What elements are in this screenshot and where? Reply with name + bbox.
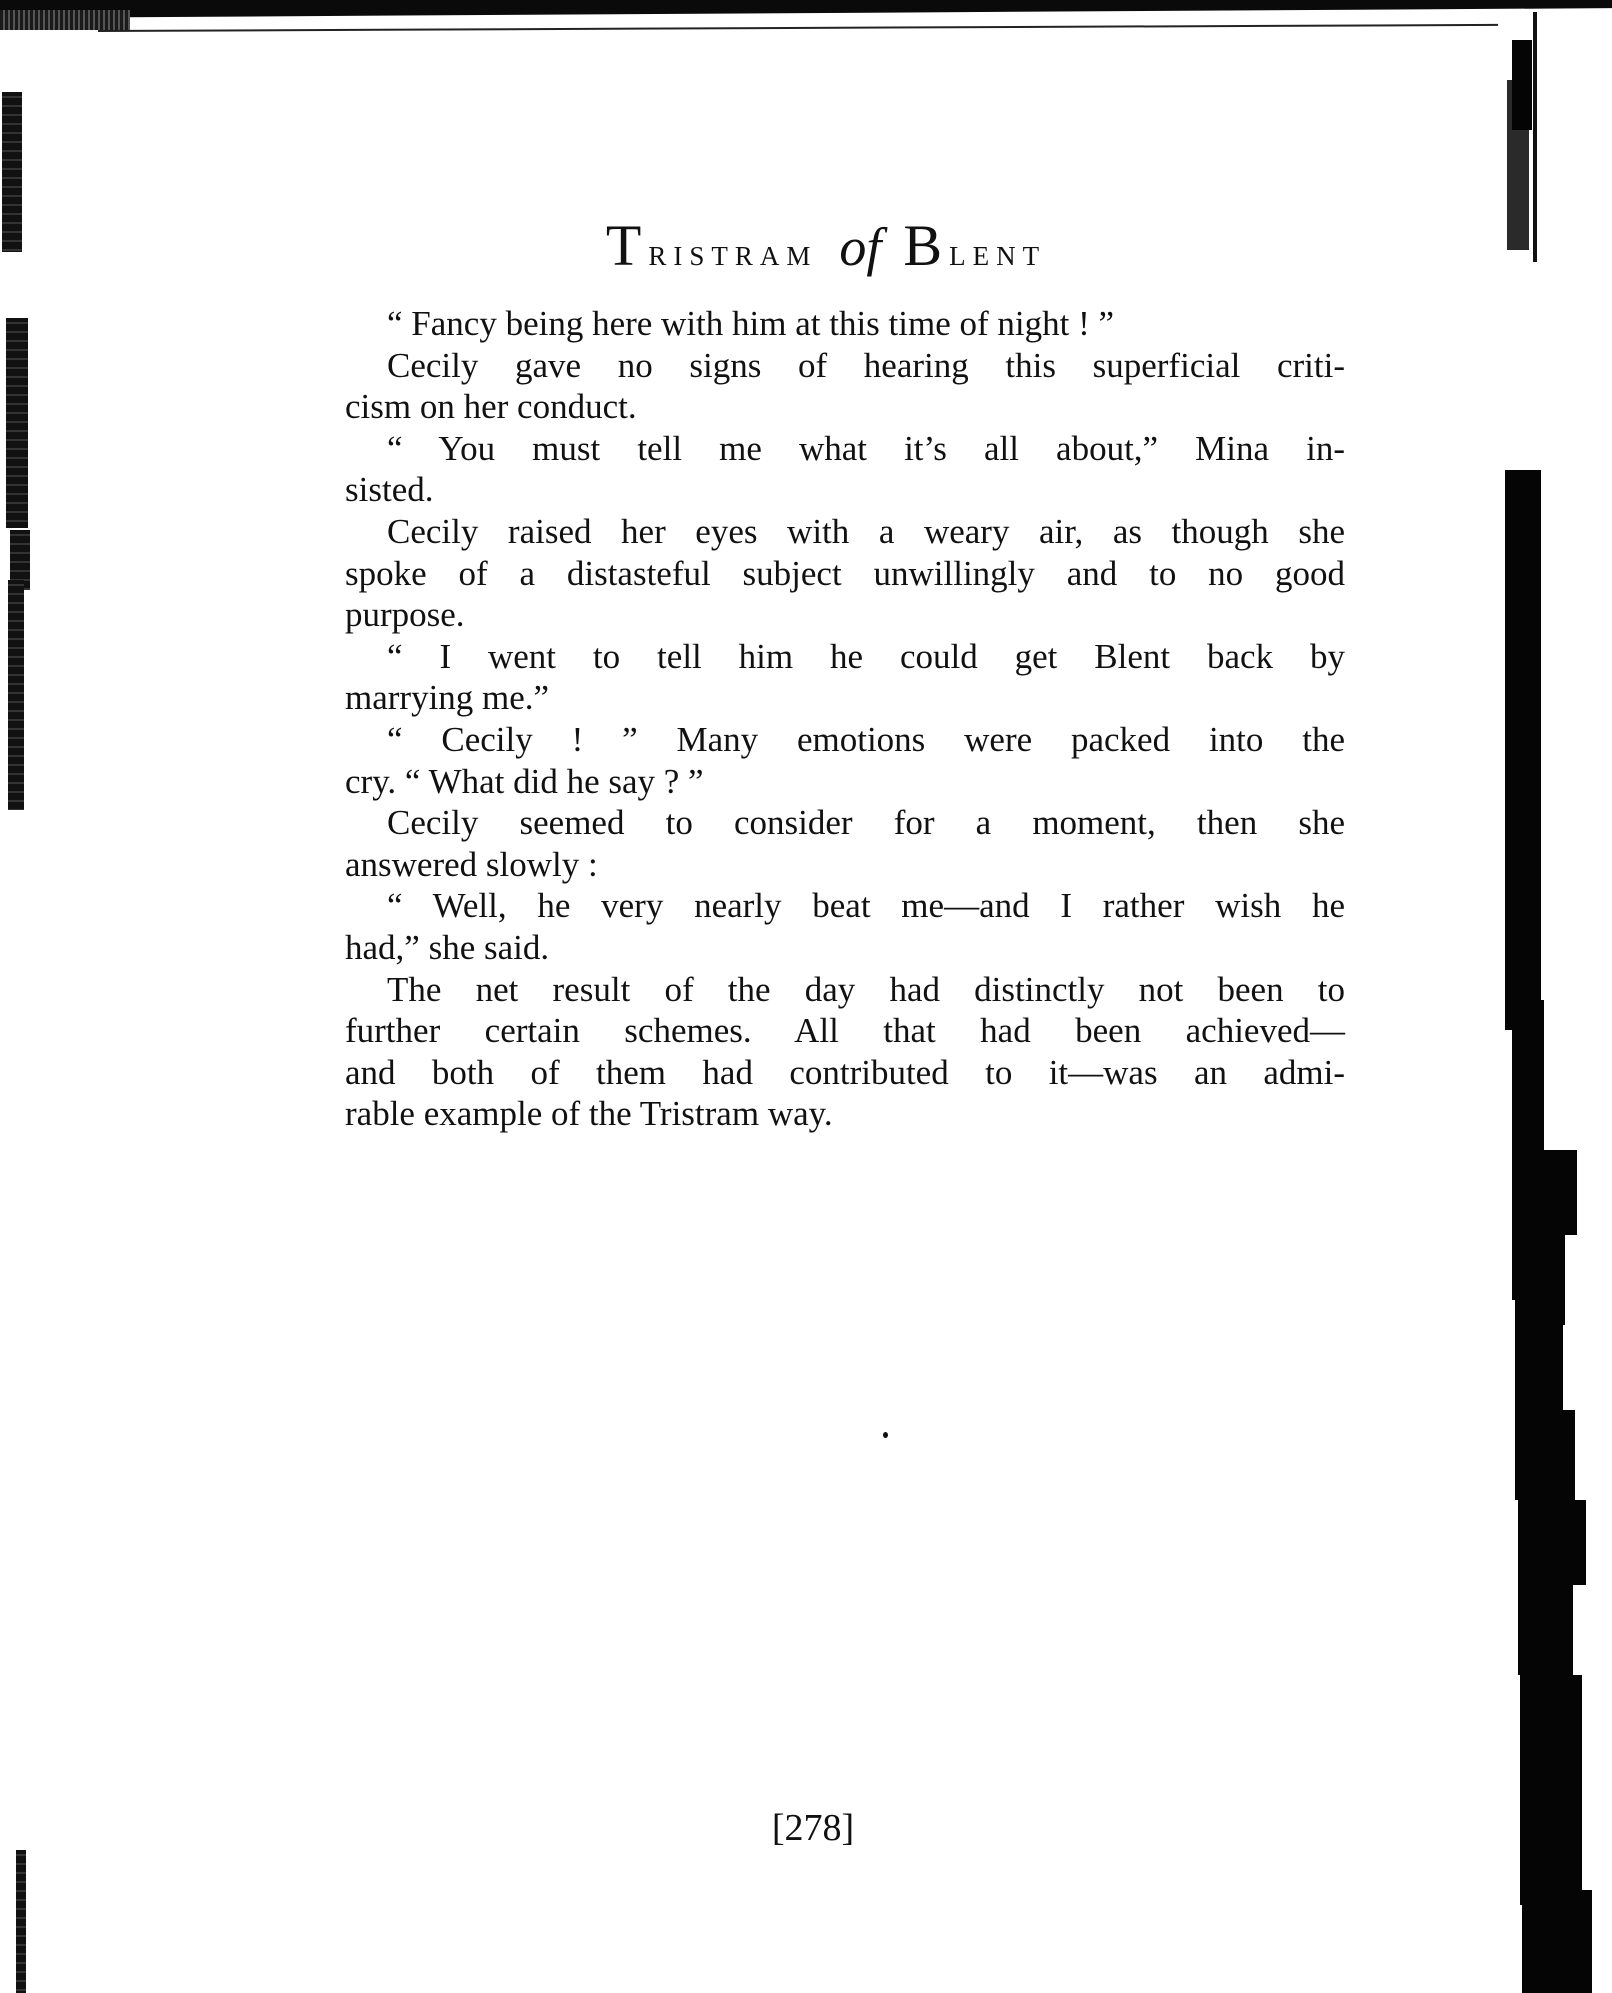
scan-right-edge-4 bbox=[1512, 1000, 1544, 1150]
scan-top-rule bbox=[98, 24, 1498, 32]
text-line: Cecily gave no signs of hearing this sup… bbox=[345, 345, 1345, 387]
text-line: rable example of the Tristram way. bbox=[345, 1093, 1345, 1135]
text-line: cry. “ What did he say ? ” bbox=[345, 761, 1345, 803]
header-title-first: ristram bbox=[648, 232, 817, 274]
header-title-initial-t: T bbox=[606, 213, 648, 278]
text-line: “ Well, he very nearly beat me—and I rat… bbox=[345, 885, 1345, 927]
scan-right-edge-11 bbox=[1518, 1585, 1573, 1675]
text-line: had,” she said. bbox=[345, 927, 1345, 969]
text-line: “ Fancy being here with him at this time… bbox=[345, 303, 1345, 345]
scan-top-border bbox=[0, 0, 1612, 18]
scan-top-left-noise bbox=[0, 10, 130, 30]
text-line: and both of them had contributed to it—w… bbox=[345, 1052, 1345, 1094]
header-title-initial-b: B bbox=[903, 213, 949, 278]
text-line: marrying me.” bbox=[345, 677, 1345, 719]
text-line: “ I went to tell him he could get Blent … bbox=[345, 636, 1345, 678]
text-line: spoke of a distasteful subject unwilling… bbox=[345, 553, 1345, 595]
scan-right-edge-8 bbox=[1515, 1320, 1563, 1410]
scan-left-edge-4 bbox=[8, 580, 24, 810]
body-text: “ Fancy being here with him at this time… bbox=[345, 303, 1345, 1135]
scan-right-edge-13 bbox=[1522, 1890, 1592, 1993]
scan-right-edge-3 bbox=[1505, 470, 1541, 1030]
scan-right-edge-9 bbox=[1515, 1410, 1575, 1500]
scan-left-edge-2 bbox=[6, 318, 28, 528]
ink-speck bbox=[883, 1432, 888, 1438]
header-title-of: of bbox=[839, 217, 881, 277]
scan-right-edge-7 bbox=[1515, 1235, 1565, 1325]
scan-right-edge-10 bbox=[1518, 1500, 1586, 1585]
scan-left-edge-6 bbox=[16, 1850, 26, 1993]
text-line: purpose. bbox=[345, 594, 1345, 636]
header-title-last: lent bbox=[949, 232, 1046, 274]
scan-right-edge-12 bbox=[1520, 1675, 1582, 1905]
text-line: sisted. bbox=[345, 469, 1345, 511]
text-line: further certain schemes. All that had be… bbox=[345, 1010, 1345, 1052]
text-line: Cecily seemed to consider for a moment, … bbox=[345, 802, 1345, 844]
text-line: “ Cecily ! ” Many emotions were packed i… bbox=[345, 719, 1345, 761]
text-line: The net result of the day had distinctly… bbox=[345, 969, 1345, 1011]
text-line: answered slowly : bbox=[345, 844, 1345, 886]
text-line: “ You must tell me what it’s all about,”… bbox=[345, 428, 1345, 470]
running-header: TristramofBlent bbox=[0, 212, 1612, 279]
text-line: cism on her conduct. bbox=[345, 386, 1345, 428]
text-line: Cecily raised her eyes with a weary air,… bbox=[345, 511, 1345, 553]
page-number: [278] bbox=[0, 1806, 1612, 1850]
scan-right-edge-6 bbox=[1512, 1150, 1577, 1235]
